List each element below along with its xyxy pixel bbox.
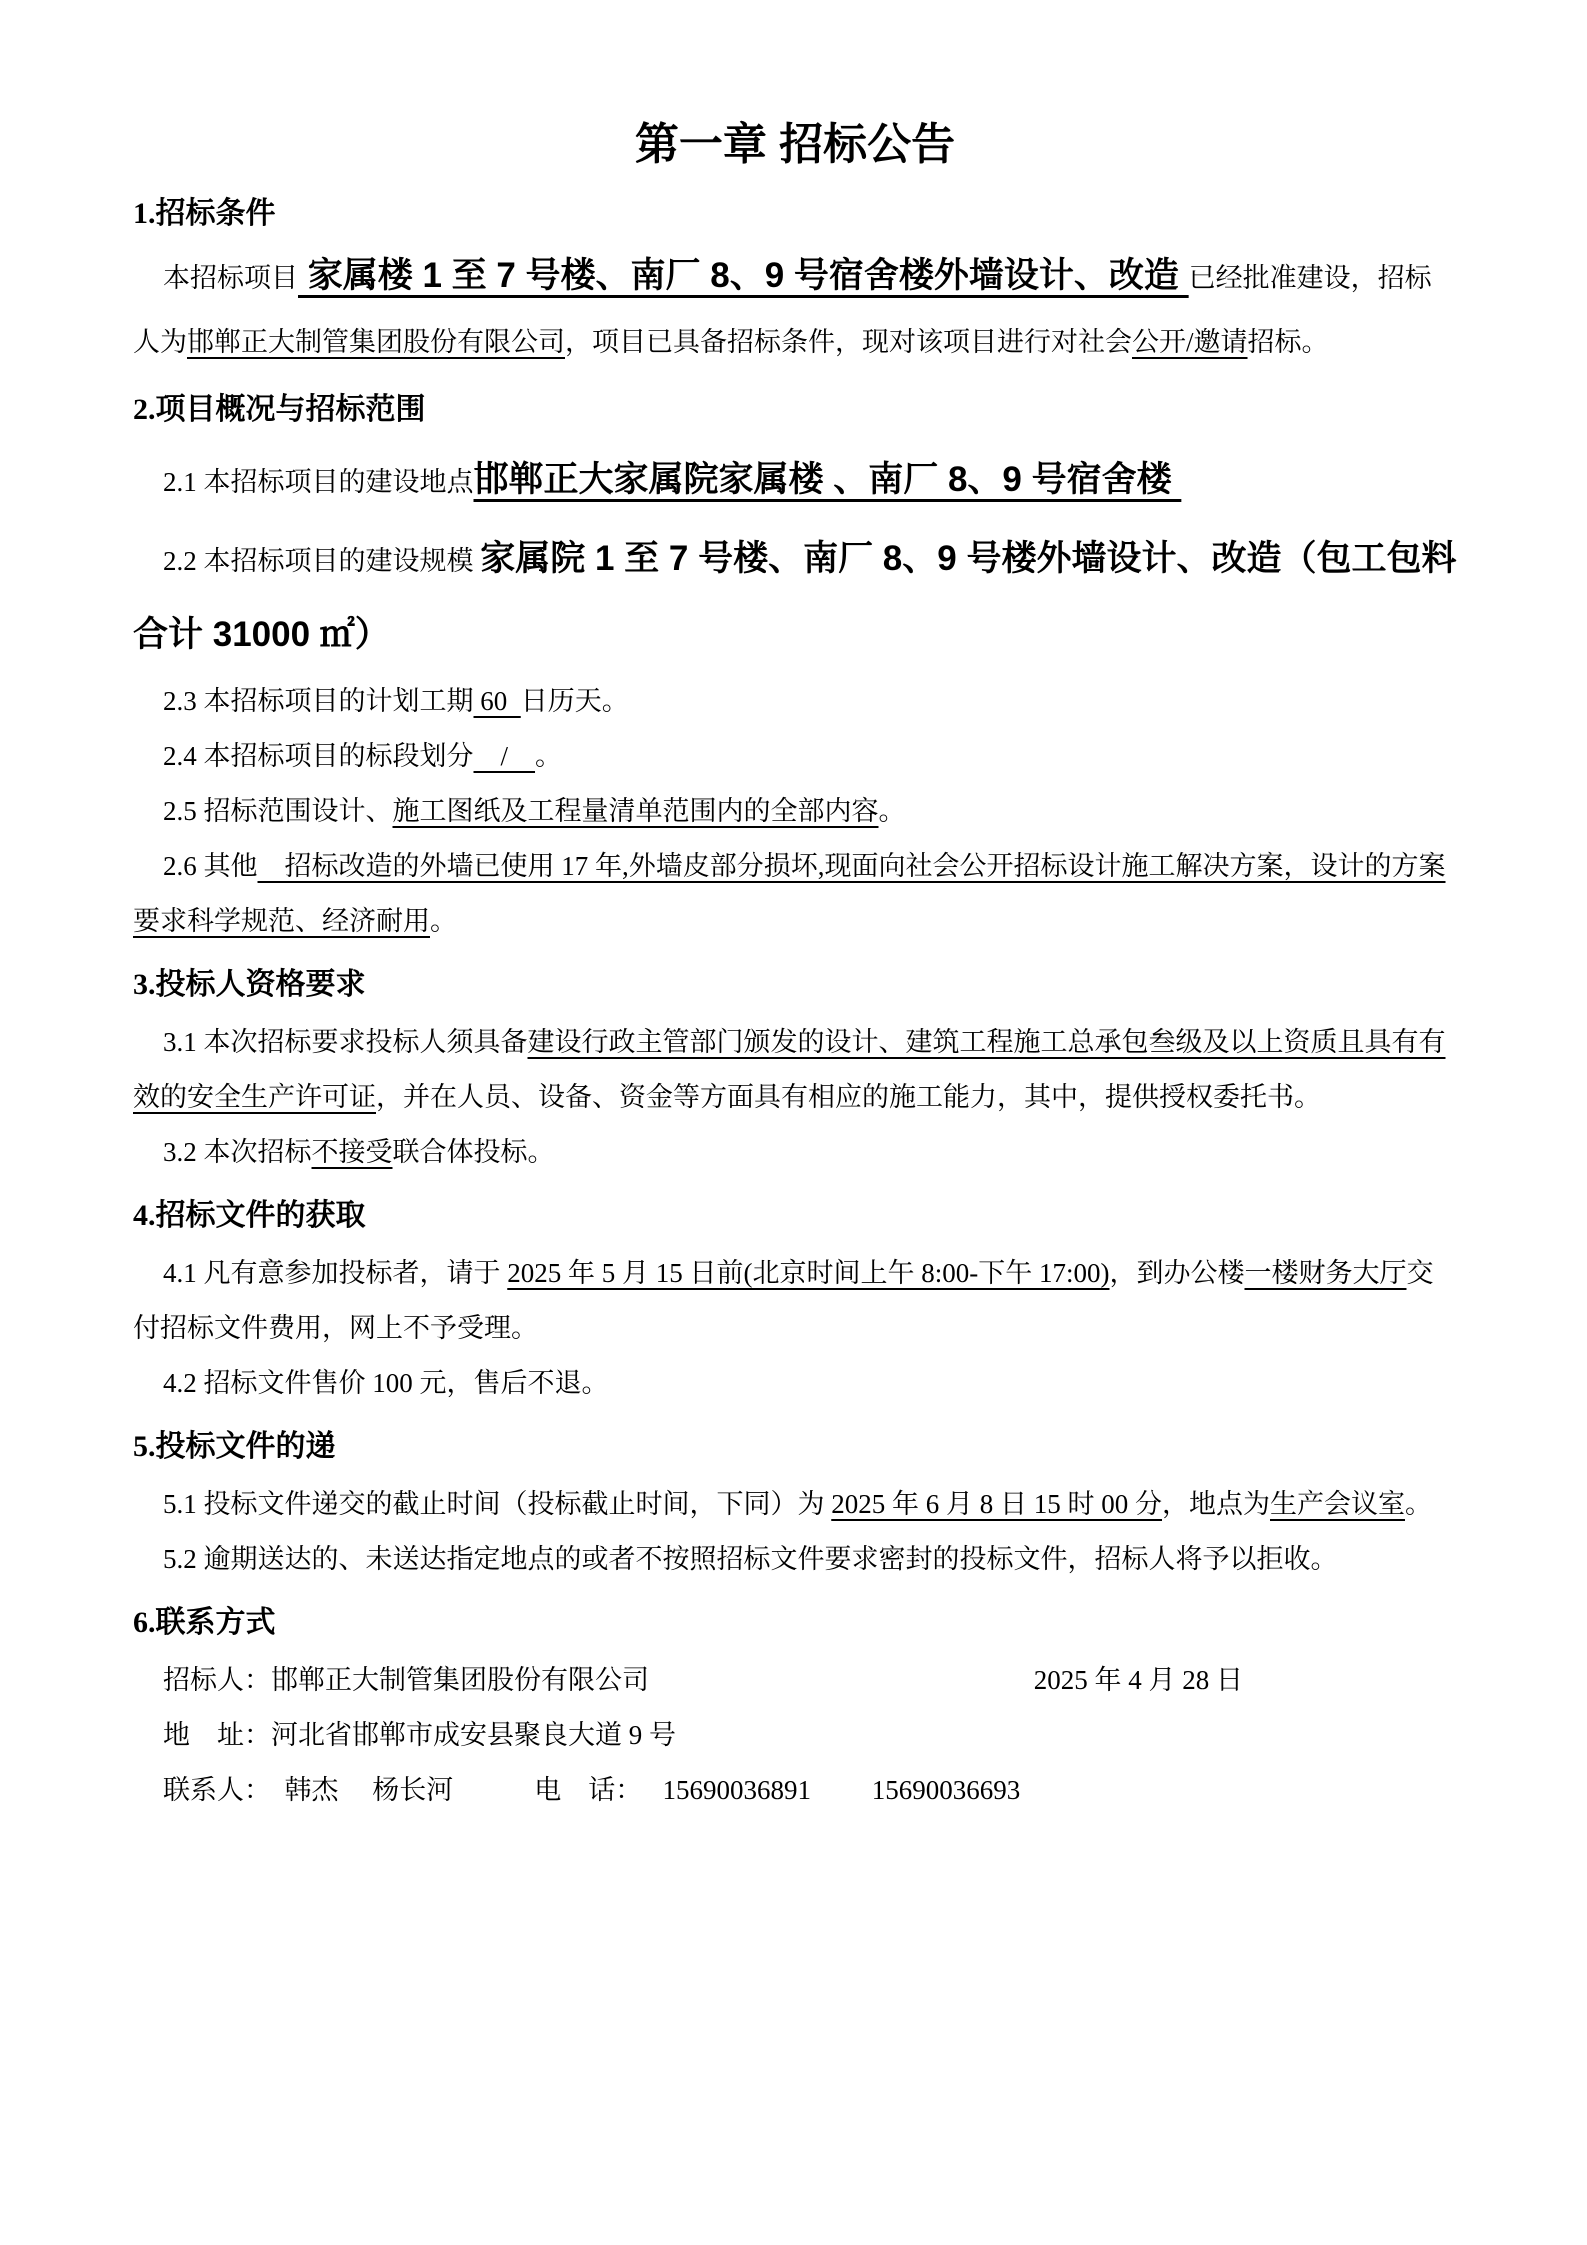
clause2-3-tail: 日历天。 (521, 686, 629, 716)
heading-contact-info: 6.联系方式 (133, 1597, 1457, 1649)
clause-2-4: 2.4 本招标项目的标段划分 / 。 (133, 729, 1457, 784)
clause-2-2: 2.2 本招标项目的建设规模 家属院 1 至 7 号楼、南厂 8、9 号楼外墙设… (133, 522, 1457, 674)
clause4-1-label: 4.1 凡有意参加投标者，请于 (163, 1258, 507, 1288)
clause5-1-label: 5.1 投标文件递交的截止时间（投标截止时间，下同）为 (163, 1489, 831, 1519)
clause2-4-label: 2.4 本招标项目的标段划分 (163, 741, 474, 771)
consortium-policy: 不接受 (312, 1137, 393, 1167)
heading-project-overview: 2.项目概况与招标范围 (133, 384, 1457, 436)
contact-persons-and-phones: 联系人： 韩杰 杨长河 电 话： 15690036891 15690036693 (133, 1763, 1457, 1818)
bid-sections: / (474, 741, 536, 771)
acquisition-deadline: 2025 年 5 月 15 日前(北京时间上午 8:00-下午 17:00) (507, 1258, 1109, 1288)
clause-5-2: 5.2 逾期送达的、未送达指定地点的或者不按照招标文件要求密封的投标文件，招标人… (133, 1532, 1457, 1587)
clause-4-1: 4.1 凡有意参加投标者，请于 2025 年 5 月 15 日前(北京时间上午 … (133, 1246, 1457, 1356)
clause1-lead: 本招标项目 (163, 263, 298, 293)
clause2-1-label: 2.1 本招标项目的建设地点 (163, 467, 474, 497)
document-price: 4.2 招标文件售价 100 元，售后不退。 (163, 1368, 609, 1398)
construction-period: 60 (474, 686, 521, 716)
clause2-2-label: 2.2 本招标项目的建设规模 (163, 546, 480, 576)
clause2-5-tail: 。 (879, 796, 906, 826)
clause-tender-conditions: 本招标项目 家属楼 1 至 7 号楼、南厂 8、9 号宿舍楼外墙设计、改造 已经… (133, 244, 1457, 374)
contact-bidder: 招标人：邯郸正大制管集团股份有限公司 (163, 1653, 649, 1708)
clause5-1-mid: ，地点为 (1162, 1489, 1270, 1519)
clause5-1-tail: 。 (1405, 1489, 1432, 1519)
tender-method: 公开/邀请 (1132, 327, 1248, 357)
clause3-1-label: 3.1 本次招标要求投标人须具备 (163, 1027, 528, 1057)
construction-site: 邯郸正大家属院家属楼 、南厂 8、9 号宿舍楼 (474, 460, 1182, 499)
contact-address: 地 址：河北省邯郸市成安县聚良大道 9 号 (133, 1708, 1457, 1763)
other-notes: 招标改造的外墙已使用 17 年,外墙皮部分损坏,现面向社会公开招标设计施工解决方… (133, 851, 1446, 936)
clause2-5-label: 2.5 招标范围设计、 (163, 796, 393, 826)
tenderee-name: 邯郸正大制管集团股份有限公司 (187, 327, 565, 357)
heading-bid-submission: 5.投标文件的递 (133, 1421, 1457, 1473)
project-name: 家属楼 1 至 7 号楼、南厂 8、9 号宿舍楼外墙设计、改造 (298, 256, 1189, 295)
clause-5-1: 5.1 投标文件递交的截止时间（投标截止时间，下同）为 2025 年 6 月 8… (133, 1477, 1457, 1532)
clause-2-1: 2.1 本招标项目的建设地点邯郸正大家属院家属楼 、南厂 8、9 号宿舍楼 (133, 440, 1457, 522)
heading-document-acquisition: 4.招标文件的获取 (133, 1190, 1457, 1242)
clause-3-1: 3.1 本次招标要求投标人须具备建设行政主管部门颁发的设计、建筑工程施工总承包叁… (133, 1015, 1457, 1125)
announcement-date: 2025 年 4 月 28 日 (1034, 1653, 1243, 1708)
clause2-6-label: 2.6 其他 (163, 851, 258, 881)
heading-bidder-qualification: 3.投标人资格要求 (133, 959, 1457, 1011)
clause-2-5: 2.5 招标范围设计、施工图纸及工程量清单范围内的全部内容。 (133, 784, 1457, 839)
clause-2-6: 2.6 其他 招标改造的外墙已使用 17 年,外墙皮部分损坏,现面向社会公开招标… (133, 839, 1457, 949)
clause-3-2: 3.2 本次招标不接受联合体投标。 (133, 1125, 1457, 1180)
clause1-tail: 招标。 (1248, 327, 1329, 357)
clause2-3-label: 2.3 本招标项目的计划工期 (163, 686, 474, 716)
clause3-1-tail: ，并在人员、设备、资金等方面具有相应的施工能力，其中，提供授权委托书。 (376, 1082, 1321, 1112)
clause3-2-label: 3.2 本次招标 (163, 1137, 312, 1167)
clause-2-3: 2.3 本招标项目的计划工期 60 日历天。 (133, 674, 1457, 729)
clause2-4-tail: 。 (535, 741, 562, 771)
document-page: 第一章 招标公告 1.招标条件 本招标项目 家属楼 1 至 7 号楼、南厂 8、… (0, 0, 1587, 2245)
page-title: 第一章 招标公告 (133, 116, 1457, 174)
tender-scope: 施工图纸及工程量清单范围内的全部内容 (393, 796, 879, 826)
clause4-1-mid: ，到办公楼 (1109, 1258, 1244, 1288)
contact-bidder-row: 招标人：邯郸正大制管集团股份有限公司2025 年 4 月 28 日 (133, 1653, 1457, 1708)
submission-deadline: 2025 年 6 月 8 日 15 时 00 分 (831, 1489, 1162, 1519)
clause3-2-tail: 联合体投标。 (393, 1137, 555, 1167)
acquisition-place: 一楼财务大厅 (1244, 1258, 1406, 1288)
rejection-policy: 5.2 逾期送达的、未送达指定地点的或者不按照招标文件要求密封的投标文件，招标人… (163, 1544, 1338, 1574)
clause2-6-tail: 。 (430, 906, 457, 936)
clause1-mid2: ，项目已具备招标条件，现对该项目进行对社会 (565, 327, 1132, 357)
submission-place: 生产会议室 (1270, 1489, 1405, 1519)
clause-4-2: 4.2 招标文件售价 100 元，售后不退。 (133, 1356, 1457, 1411)
heading-tender-conditions: 1.招标条件 (133, 188, 1457, 240)
